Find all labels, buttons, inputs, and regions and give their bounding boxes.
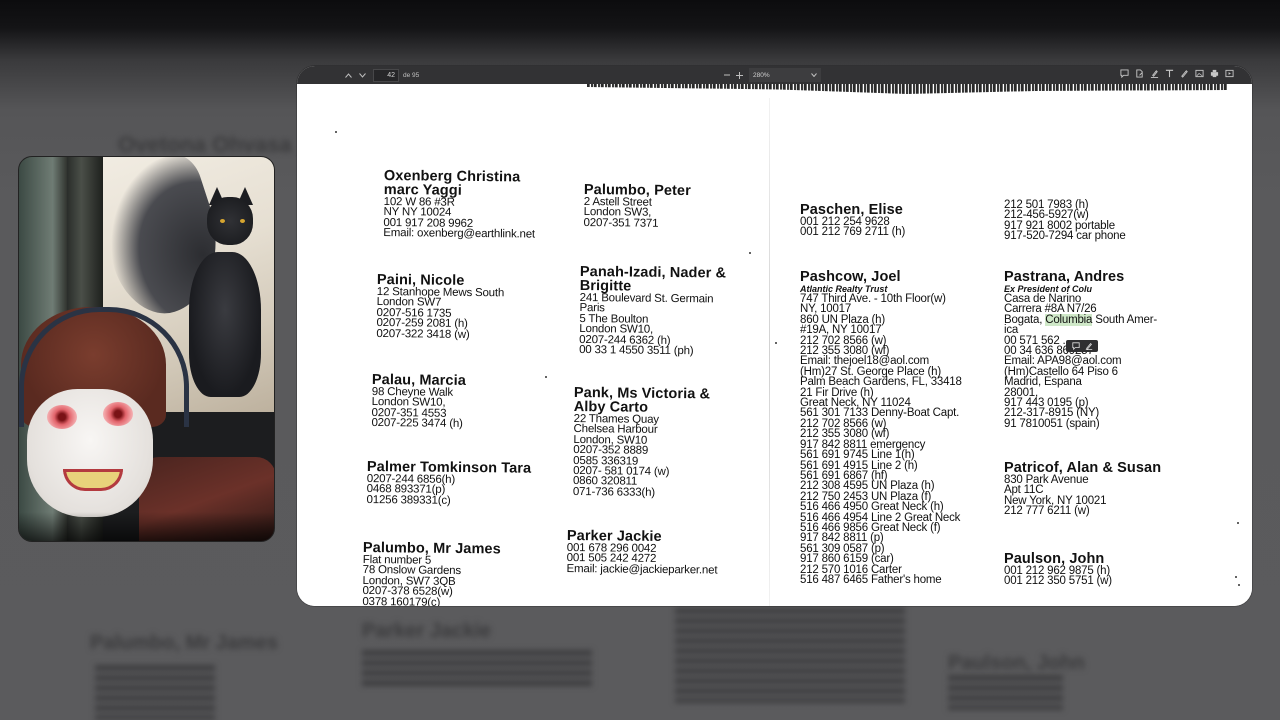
webcam-cat-eye (240, 219, 245, 223)
zoom-out-button[interactable] (721, 68, 733, 82)
image-icon (1195, 69, 1204, 78)
contact-line: 212 777 6211 (w) (1004, 506, 1161, 516)
scan-speck (1238, 584, 1240, 586)
webcam-mask-eye (47, 405, 77, 429)
present-icon (1225, 69, 1234, 78)
contact-entry: Patricof, Alan & Susan 830 Park Avenue A… (1004, 461, 1161, 517)
contact-entry: Panah-Izadi, Nader & Brigitte 241 Boulev… (579, 265, 726, 357)
scan-edge-noise (587, 84, 1227, 94)
print-icon (1210, 69, 1219, 78)
zoom-level-select[interactable]: 280% (749, 68, 821, 82)
comment-button[interactable] (1120, 68, 1129, 78)
contact-entry: Palmer Tomkinson Tara 0207-244 6856(h) 0… (367, 460, 532, 507)
add-comment-button[interactable] (1072, 337, 1080, 355)
scan-speck (1237, 522, 1239, 524)
annotate-pen-button[interactable] (1085, 337, 1093, 355)
highlight-icon (1150, 69, 1159, 78)
contact-entry: Parker Jackie 001 678 296 0042 001 505 2… (567, 529, 718, 576)
contact-name: Pashcow, Joel (800, 270, 962, 284)
webcam-cat-eye (220, 219, 225, 223)
scan-speck (775, 342, 777, 344)
scan-speck (545, 376, 547, 378)
highlight-button[interactable] (1150, 68, 1159, 78)
zoom-level-value: 280% (753, 72, 770, 79)
insert-image-button[interactable] (1195, 68, 1204, 78)
page-total-label: de 95 (403, 72, 419, 79)
background-ghost-entry: Parker Jackie (362, 620, 491, 643)
pen-icon (1180, 69, 1189, 78)
background-ghost-block (362, 650, 592, 690)
comment-icon (1072, 342, 1080, 350)
comment-icon (1120, 69, 1129, 78)
chevron-up-icon (345, 73, 352, 78)
contact-entry: Palumbo, Mr James Flat number 5 78 Onslo… (362, 541, 501, 606)
webcam-mask-eye (103, 402, 133, 426)
chevron-down-icon (811, 73, 817, 77)
contact-name: Pastrana, Andres (1004, 270, 1157, 284)
plus-icon (736, 72, 743, 79)
pen-icon (1085, 342, 1093, 350)
contact-line: Bogata, Columbia South Amer- (1004, 315, 1157, 325)
contact-entry: Pashcow, Joel Atlantic Realty Trust 747 … (800, 270, 962, 585)
contact-line: 001 212 350 5751 (w) (1004, 576, 1112, 586)
present-button[interactable] (1225, 68, 1234, 78)
edit-document-icon (1135, 69, 1144, 78)
contact-line-suffix: South Amer- (1092, 314, 1157, 326)
webcam-mask-face (27, 389, 153, 517)
contact-entry: Palumbo, Peter 2 Astell Street London SW… (584, 183, 691, 229)
background-ghost-block (95, 665, 215, 720)
annotation-tools (1120, 68, 1234, 78)
contact-entry: 212 501 7983 (h) 212-456-5927(w) 917 921… (1004, 200, 1126, 242)
contact-entry: Paschen, Elise 001 212 254 9628 001 212 … (800, 203, 905, 238)
contact-entry: Palau, Marcia 98 Cheyne Walk London SW10… (371, 373, 466, 430)
webcam-cat-body (189, 252, 261, 397)
draw-button[interactable] (1180, 68, 1189, 78)
contact-name: Paulson, John (1004, 552, 1112, 566)
scan-speck (749, 252, 751, 254)
contact-line: 0207-322 3418 (w) (376, 329, 503, 341)
webcam-shadow (19, 512, 275, 542)
minus-icon (724, 72, 730, 78)
pdf-page: Oxenberg Christina marc Yaggi 102 W 86 #… (297, 84, 1252, 606)
text-tool-button[interactable] (1165, 68, 1174, 78)
contact-line: 0207-225 3474 (h) (371, 418, 465, 429)
contact-line: Email: oxenberg@earthlink.net (383, 228, 535, 240)
contact-line: 917 860 6159 (car) (800, 554, 962, 564)
webcam-cat-head (207, 197, 253, 245)
pdf-toolbar: 42 de 95 280% (297, 66, 1252, 84)
annotation-popup (1066, 340, 1098, 352)
contact-line: 91 7810051 (spain) (1004, 419, 1157, 429)
text-icon (1165, 69, 1174, 78)
scan-speck (1235, 576, 1237, 578)
contact-line: 071-736 6333(h) (573, 487, 709, 499)
scan-speck (335, 131, 337, 133)
background-ghost-block (675, 608, 905, 703)
background-ghost-title: Ovetona Ohvasa (118, 132, 292, 158)
page-number-input[interactable]: 42 (373, 69, 399, 82)
print-button[interactable] (1210, 68, 1219, 78)
contact-line: 0207-351 7371 (584, 218, 691, 230)
contact-line: 561 691 9745 Line 1(h) (800, 450, 962, 460)
contact-line: 917-520-7294 car phone (1004, 231, 1126, 241)
zoom-controls: 280% (721, 68, 821, 82)
background-ghost-entry: Paulson, John (948, 652, 1085, 675)
contact-entry: Oxenberg Christina marc Yaggi 102 W 86 #… (383, 169, 535, 240)
highlighted-text[interactable]: Columbia (1045, 314, 1092, 326)
contact-line: 0378 160179(c) (362, 597, 500, 606)
webcam-overlay (18, 156, 275, 542)
previous-page-button[interactable] (341, 68, 355, 82)
contact-name: Patricof, Alan & Susan (1004, 461, 1161, 475)
background-ghost-entry: Palumbo, Mr James (90, 632, 278, 655)
edit-document-button[interactable] (1135, 68, 1144, 78)
pdf-viewer-window: 42 de 95 280% (297, 66, 1252, 606)
contact-line: 516 466 4950 Great Neck (h) (800, 502, 962, 512)
contact-name: Paschen, Elise (800, 203, 905, 217)
background-ghost-block (948, 675, 1063, 710)
next-page-button[interactable] (355, 68, 369, 82)
contact-entry: Paulson, John 001 212 962 9875 (h) 001 2… (1004, 552, 1112, 587)
page-fold-line (769, 98, 770, 606)
zoom-in-button[interactable] (733, 68, 745, 82)
contact-line: 00 33 1 4550 3511 (ph) (579, 345, 725, 357)
contact-line: Email: jackie@jackieparker.net (567, 564, 718, 576)
contact-line: 001 212 769 2711 (h) (800, 227, 905, 237)
contact-entry: Paini, Nicole 12 Stanhope Mews South Lon… (376, 273, 504, 340)
contact-line: 516 487 6465 Father's home (800, 575, 962, 585)
chevron-down-icon (359, 73, 366, 78)
contact-entry: Pank, Ms Victoria & Alby Carto 22 Thames… (573, 386, 710, 499)
contact-line: 01256 389331(c) (367, 495, 531, 507)
